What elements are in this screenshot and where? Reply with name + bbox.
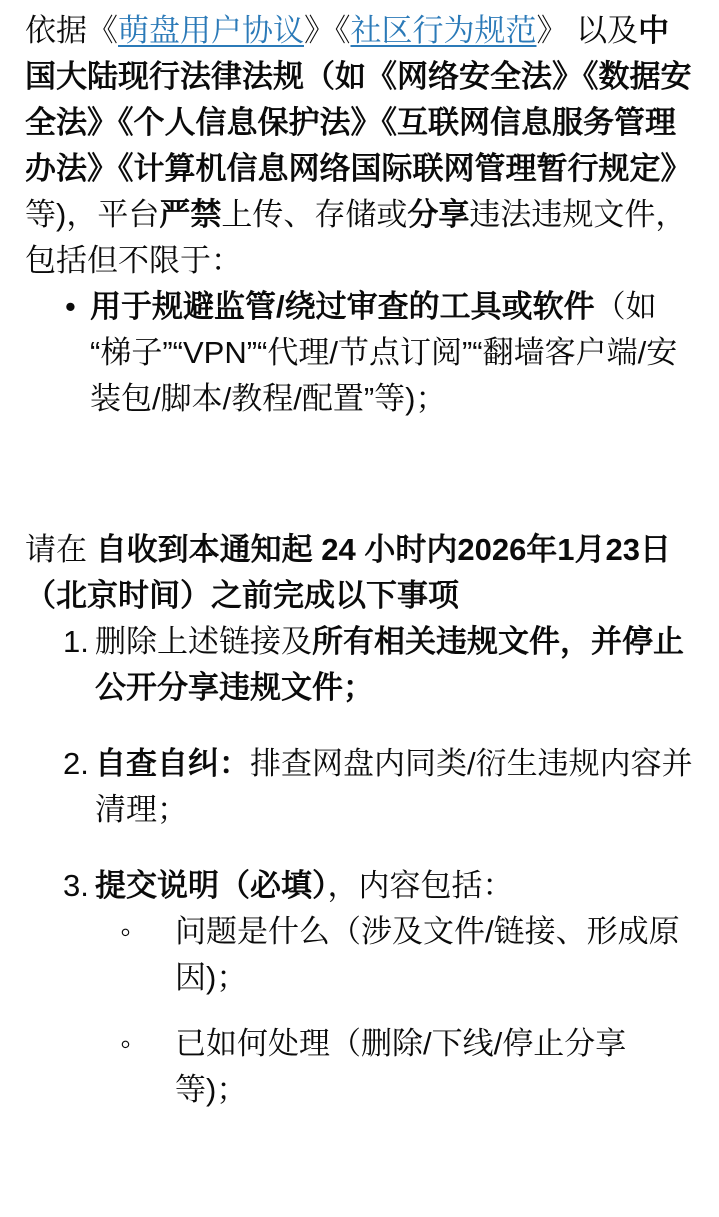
deadline-text: 请在 自收到本通知起 24 小时内2026年1月23日（北京时间）之前完成以下事… — [25, 532, 671, 613]
text-run: ，内容包括： — [328, 868, 514, 903]
text-run: 请在 — [25, 532, 96, 567]
violation-notice-page: { "colors": { "background": "#ffffff", "… — [0, 0, 719, 1217]
action-item-text: 删除上述链接及所有相关违规文件，并停止公开分享违规文件； — [95, 619, 697, 711]
intro-text: 依据《萌盘用户协议》《社区行为规范》 以及中国大陆现行法律法规（如《网络安全法》… — [25, 13, 692, 278]
bullet-circle-marker: ◦ — [120, 909, 175, 955]
bold-text-run: 提交说明（必填） — [95, 868, 328, 903]
explanation-sub-list: ◦ 问题是什么（涉及文件/链接、形成原因)； ◦ 已如何处理（删除/下线/停止分… — [25, 909, 697, 1113]
sub-item-text: 问题是什么（涉及文件/链接、形成原因)； — [175, 909, 697, 1001]
prohibited-item-text: 用于规避监管/绕过审查的工具或软件（如“梯子”“VPN”“代理/节点订阅”“翻墙… — [90, 284, 697, 422]
text-run: 已如何处理（删除/下线/停止分享等)； — [175, 1026, 626, 1107]
bold-text-run: 分享 — [407, 197, 469, 232]
list-number-marker: 3. — [63, 863, 95, 909]
list-number-marker: 2. — [63, 741, 95, 787]
text-run: 问题是什么（涉及文件/链接、形成原因)； — [175, 914, 680, 995]
deadline-paragraph: 请在 自收到本通知起 24 小时内2026年1月23日（北京时间）之前完成以下事… — [25, 527, 697, 619]
list-number-marker: 1. — [63, 619, 95, 665]
bold-text-run: 自收到本通知起 24 小时内 — [96, 532, 458, 567]
text-run: 》《 — [304, 13, 351, 48]
list-item: ◦ 已如何处理（删除/下线/停止分享等)； — [25, 1021, 697, 1113]
text-run: 上传、存储或 — [221, 197, 407, 232]
bullet-circle-marker: ◦ — [120, 1021, 175, 1067]
text-run: 删除上述链接及 — [95, 624, 312, 659]
bold-text-run: 自查自纠： — [95, 746, 250, 781]
notice-body: 依据《萌盘用户协议》《社区行为规范》 以及中国大陆现行法律法规（如《网络安全法》… — [0, 0, 719, 1119]
text-run: 依据《 — [25, 13, 118, 48]
list-item: 1. 删除上述链接及所有相关违规文件，并停止公开分享违规文件； — [25, 619, 697, 711]
text-run: 》 以及 — [537, 13, 639, 48]
user-agreement-link[interactable]: 萌盘用户协议 — [118, 13, 304, 48]
intro-paragraph: 依据《萌盘用户协议》《社区行为规范》 以及中国大陆现行法律法规（如《网络安全法》… — [25, 8, 697, 284]
sub-item-text: 已如何处理（删除/下线/停止分享等)； — [175, 1021, 697, 1113]
list-item: 3. 提交说明（必填），内容包括： ◦ 问题是什么（涉及文件/链接、形成原因)；… — [25, 863, 697, 1113]
text-run: 等)，平台 — [25, 197, 159, 232]
prohibited-content-list: • 用于规避监管/绕过审查的工具或软件（如“梯子”“VPN”“代理/节点订阅”“… — [25, 284, 697, 422]
list-item: 2. 自查自纠：排查网盘内同类/衍生违规内容并清理； — [25, 741, 697, 833]
bullet-disc-marker: • — [65, 284, 90, 330]
community-rules-link[interactable]: 社区行为规范 — [351, 13, 537, 48]
list-item: • 用于规避监管/绕过审查的工具或软件（如“梯子”“VPN”“代理/节点订阅”“… — [25, 284, 697, 422]
action-item-text: 自查自纠：排查网盘内同类/衍生违规内容并清理； — [95, 741, 697, 833]
required-actions-list: 1. 删除上述链接及所有相关违规文件，并停止公开分享违规文件； 2. 自查自纠：… — [25, 619, 697, 1113]
action-item-text: 提交说明（必填），内容包括： — [95, 863, 697, 909]
bold-text-run: 用于规避监管/绕过审查的工具或软件 — [90, 289, 595, 324]
bold-text-run: 严禁 — [159, 197, 221, 232]
list-item: ◦ 问题是什么（涉及文件/链接、形成原因)； — [25, 909, 697, 1001]
